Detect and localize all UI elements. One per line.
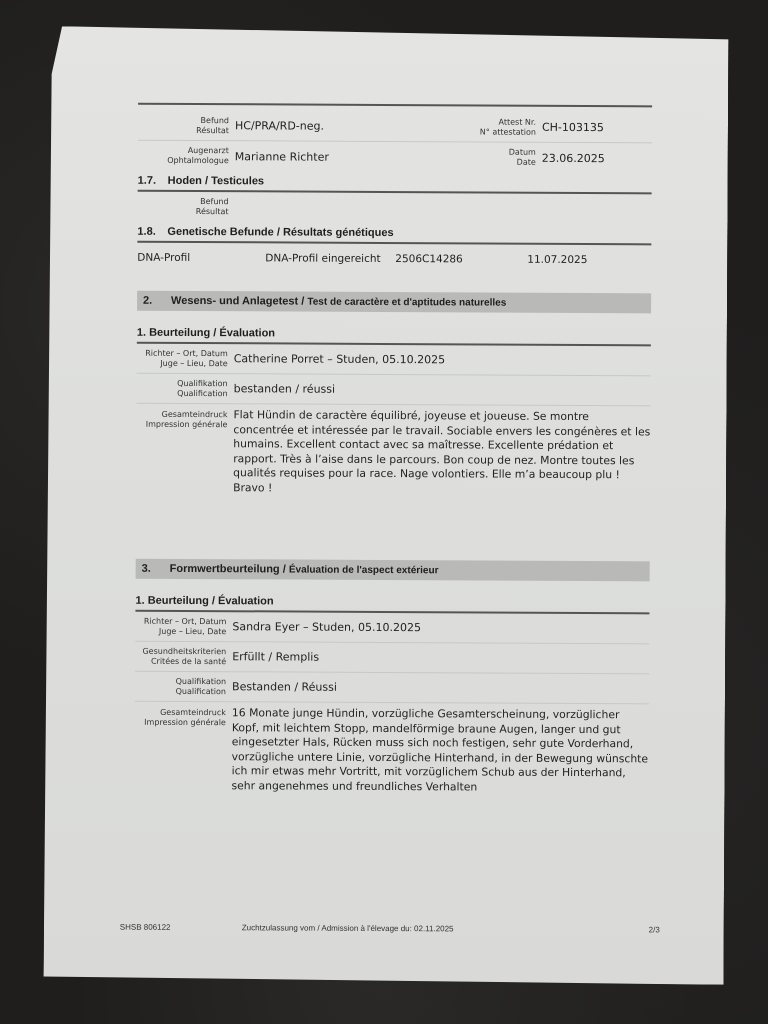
dna-profile-row: DNA-Profil DNA-Profil eingereicht 2506C1… xyxy=(137,243,651,276)
befund-row: Befund Résultat HC/PRA/RD-neg. Attest Nr… xyxy=(138,111,652,144)
s3-health-value: Erfüllt / Remplis xyxy=(232,650,649,665)
s3-impression-label: Gesamteindruck Impression générale xyxy=(135,706,232,729)
s2-judge-row: Richter – Ort, Datum Juge – Lieu, Date C… xyxy=(137,344,651,377)
s2-qualification-label: Qualifikation Qualification xyxy=(137,378,234,399)
section-2-evaluation-heading: 1. Beurteilung / Évaluation xyxy=(137,323,651,347)
document-page: Befund Résultat HC/PRA/RD-neg. Attest Nr… xyxy=(44,26,729,985)
augenarzt-label: Augenarzt Ophtalmologue xyxy=(138,146,235,167)
testicules-befund-label: Befund Résultat xyxy=(138,197,235,218)
s3-judge-row: Richter – Ort, Datum Juge – Lieu, Date S… xyxy=(135,612,649,645)
datum-label: Datum Date xyxy=(437,147,542,168)
registry-number: SHSB 806122 xyxy=(120,923,242,933)
section-3-heading: 3.Formwertbeurteilung / Évaluation de l'… xyxy=(136,559,650,582)
top-divider xyxy=(138,103,652,108)
s2-qualification-value: bestanden / réussi xyxy=(234,382,651,397)
document-content: Befund Résultat HC/PRA/RD-neg. Attest Nr… xyxy=(134,103,652,796)
section-3-evaluation-heading: 1. Beurteilung / Évaluation xyxy=(135,591,649,615)
s2-impression-label: Gesamteindruck Impression générale xyxy=(136,408,233,431)
s2-qualification-row: Qualifikation Qualification bestanden / … xyxy=(137,374,651,407)
s3-judge-value: Sandra Eyer – Studen, 05.10.2025 xyxy=(232,620,649,635)
s3-impression-text: 16 Monate junge Hündin, vorzügliche Gesa… xyxy=(231,706,648,795)
dna-date: 11.07.2025 xyxy=(527,254,587,266)
dna-code: 2506C14286 xyxy=(395,253,527,266)
augenarzt-value: Marianne Richter xyxy=(235,150,329,163)
s2-judge-value: Catherine Porret – Studen, 05.10.2025 xyxy=(234,352,651,367)
s3-qualification-row: Qualifikation Qualification Bestanden / … xyxy=(135,672,649,705)
befund-label: Befund Résultat xyxy=(138,115,235,136)
section-2-heading: 2.Wesens- und Anlagetest / Test de carac… xyxy=(137,291,651,314)
dna-type: DNA-Profil xyxy=(137,252,265,265)
section-1-8-heading: 1.8.Genetische Befunde / Résultats génét… xyxy=(137,222,651,246)
dna-status: DNA-Profil eingereicht xyxy=(265,252,395,265)
page-number: 2/3 xyxy=(630,925,660,934)
section-1-7-heading: 1.7.Hoden / Testicules xyxy=(138,171,652,195)
s3-qualification-label: Qualifikation Qualification xyxy=(135,676,232,697)
s2-impression-row: Gesamteindruck Impression générale Flat … xyxy=(136,404,650,498)
page-footer: SHSB 806122 Zuchtzulassung vom / Admissi… xyxy=(120,923,660,935)
s2-judge-label: Richter – Ort, Datum Juge – Lieu, Date xyxy=(137,348,234,369)
s3-health-row: Gesundheitskriterien Critées de la santé… xyxy=(135,642,649,675)
s3-health-label: Gesundheitskriterien Critées de la santé xyxy=(135,646,232,667)
s2-impression-text: Flat Hündin de caractère équilibré, joye… xyxy=(233,408,650,497)
befund-value: HC/PRA/RD-neg. xyxy=(235,119,324,132)
s3-qualification-value: Bestanden / Réussi xyxy=(232,680,649,695)
admission-date: Zuchtzulassung vom / Admission à l'éleva… xyxy=(242,923,630,934)
attest-label: Attest Nr. N° attestation xyxy=(437,117,542,138)
datum-value: 23.06.2025 xyxy=(542,151,652,165)
s3-impression-row: Gesamteindruck Impression générale 16 Mo… xyxy=(134,702,648,796)
testicules-befund-row: Befund Résultat xyxy=(137,192,651,225)
s3-judge-label: Richter – Ort, Datum Juge – Lieu, Date xyxy=(135,616,232,637)
augenarzt-row: Augenarzt Ophtalmologue Marianne Richter… xyxy=(138,141,652,174)
attest-value: CH-103135 xyxy=(542,121,652,135)
